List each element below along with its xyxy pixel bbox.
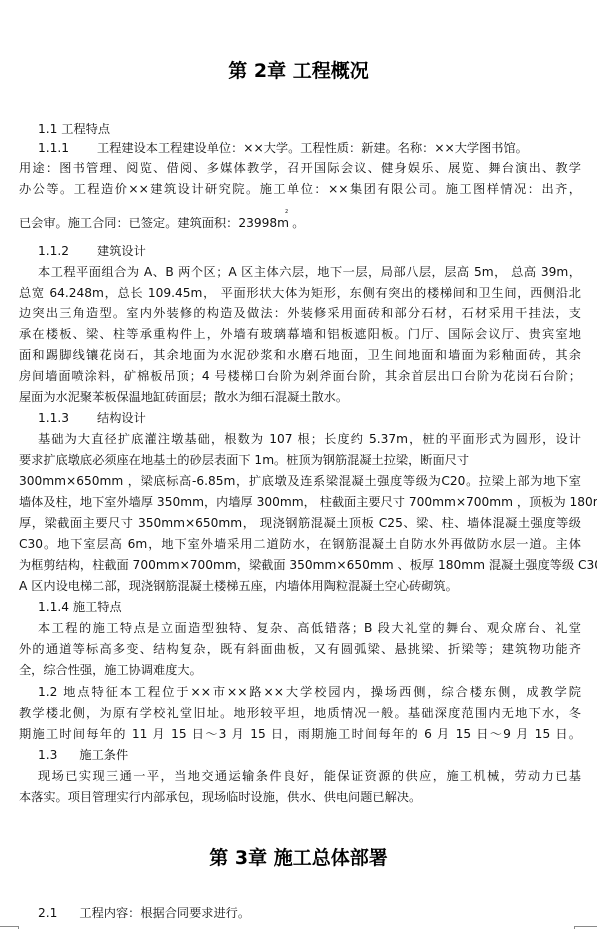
period: 。 xyxy=(292,216,304,230)
paragraph-line: 现场已实现三通一平，当地交通运输条件良好，能保证资源的供应，施工机械，劳动力已基 xyxy=(38,768,581,784)
paragraph-line: 办公等。工程造价××建筑设计研究院。施工单位：××集团有限公司。施工图样情况：出… xyxy=(19,181,581,197)
section-2-1-heading: 2.1工程内容：根据合同要求进行。 xyxy=(38,905,250,921)
section-number: 1.3 xyxy=(38,747,57,763)
section-title: 建筑设计 xyxy=(97,244,146,258)
paragraph-line: 面和踢脚线镶花岗石，其余地面为水泥砂浆和水磨石地面，卫生间地面和墙面为彩釉面砖，… xyxy=(19,347,581,363)
section-1-2-line: 1.2 地点特征本工程位于××市××路××大学校园内，操场西侧，综合楼东侧，成教… xyxy=(38,684,581,700)
paragraph-line: A 区内设电梯二部，现浇钢筋混凝土楼梯五座，内墙体用陶粒混凝土空心砖砌筑。 xyxy=(19,578,581,594)
paragraph-line: 要求扩底墩底必须座在地基土的砂层表面下 1m。桩顶为钢筋混凝土拉梁，断面尺寸 xyxy=(19,452,581,468)
section-1-1-heading: 1.1 工程特点 xyxy=(38,121,110,137)
paragraph-line: 全，综合性强，施工协调难度大。 xyxy=(19,662,581,678)
paragraph-line: 承在楼板、梁、柱等承重构件上，外墙有玻璃幕墙和铝板遮阳板。门厅、国际会议厅、贵宾… xyxy=(19,326,581,342)
document-page: 第 2章 工程概况 1.1 工程特点 1.1.1工程建设本工程建设单位：××大学… xyxy=(0,0,597,930)
section-1-1-2-heading: 1.1.2建筑设计 xyxy=(38,243,146,259)
paragraph-line: 厚，梁截面主要尺寸 350mm×650mm， 现浇钢筋混凝土顶板 C25、梁、柱… xyxy=(19,515,581,531)
page-corner-mark-left xyxy=(0,926,19,929)
paragraph-line: 已会审。施工合同：已签定。建筑面积：23998m2。 xyxy=(19,215,581,234)
paragraph-line: 用途：图书管理、阅览、借阅、多媒体教学，召开国际会议、健身娱乐、展览、舞台演出、… xyxy=(19,160,581,176)
paragraph-line: 本工程平面组合为 A、B 两个区；A 区主体六层，地下一层，局部八层，层高 5m… xyxy=(38,264,581,280)
section-number: 1.1.3 xyxy=(38,410,69,426)
chapter-2-title: 第 2章 工程概况 xyxy=(0,56,597,83)
section-number: 2.1 xyxy=(38,905,57,921)
paragraph-line: 本落实。项目管理实行内部承包，现场临时设施，供水、供电问题已解决。 xyxy=(19,789,581,805)
section-title: 结构设计 xyxy=(97,411,146,425)
paragraph-line: 为框剪结构，柱截面 700mm×700mm，梁截面 350mm×650mm 、板… xyxy=(19,557,581,573)
paragraph-line: 外的通道等标高多变、结构复杂，既有斜面曲板，又有圆弧梁、悬挑梁、折梁等；建筑物功… xyxy=(19,641,581,657)
paragraph-line: 屋面为水泥聚苯板保温地缸砖面层；散水为细石混凝土散水。 xyxy=(19,389,581,405)
section-1-1-1-heading: 1.1.1工程建设本工程建设单位：××大学。工程性质：新建。名称：××大学图书馆… xyxy=(38,140,528,156)
section-title: 施工条件 xyxy=(79,748,128,762)
paragraph-line: 300mm×650mm ，梁底标高-6.85m，扩底墩及连系梁混凝土强度等级为C… xyxy=(19,473,581,489)
paragraph-line: C30。地下室层高 6m，地下室外墙采用二道防水，在钢筋混凝土自防水外再做防水层… xyxy=(19,536,581,552)
chapter-3-title: 第 3章 施工总体部署 xyxy=(0,843,597,870)
section-number: 1.1.1 xyxy=(38,140,69,156)
paragraph-line: 本工程的施工特点是立面造型独特、复杂、高低错落；B 段大礼堂的舞台、观众席台、礼… xyxy=(38,620,581,636)
section-1-1-1-first-line: 工程建设本工程建设单位：××大学。工程性质：新建。名称：××大学图书馆。 xyxy=(97,141,528,155)
paragraph-line: 期施工时间每年的 11 月 15 日～3 月 15 日，雨期施工时间每年的 6 … xyxy=(19,726,581,742)
paragraph-line: 边突出三角造型。室内外装修的构造及做法：外装修采用面砖和部分石材，石材采用干挂法… xyxy=(19,305,581,321)
section-1-3-heading: 1.3施工条件 xyxy=(38,747,128,763)
paragraph-line: 基础为大直径扩底灌注墩基础，根数为 107 根；长度约 5.37m，桩的平面形式… xyxy=(38,431,581,447)
superscript-2: 2 xyxy=(285,209,288,215)
section-title: 工程内容：根据合同要求进行。 xyxy=(79,906,250,920)
paragraph-line: 教学楼北侧，为原有学校礼堂旧址。地形较平坦，地质情况一般。基础深度范围内无地下水… xyxy=(19,705,581,721)
building-area-text: 已会审。施工合同：已签定。建筑面积：23998m xyxy=(19,216,289,230)
paragraph-line: 墙体及柱，地下室外墙厚 350mm，内墙厚 300mm， 柱截面主要尺寸 700… xyxy=(19,494,581,510)
section-number: 1.1.2 xyxy=(38,243,69,259)
section-1-1-4-heading: 1.1.4 施工特点 xyxy=(38,599,122,615)
page-corner-mark-right xyxy=(574,926,597,929)
section-1-1-3-heading: 1.1.3结构设计 xyxy=(38,410,146,426)
paragraph-line: 总宽 64.248m，总长 109.45m， 平面形状大体为矩形，东侧有突出的楼… xyxy=(19,285,581,301)
paragraph-line: 房间墙面喷涂料，矿棉板吊顶；4 号楼梯口台阶为剁斧面台阶，其余首层出口台阶为花岗… xyxy=(19,368,581,384)
